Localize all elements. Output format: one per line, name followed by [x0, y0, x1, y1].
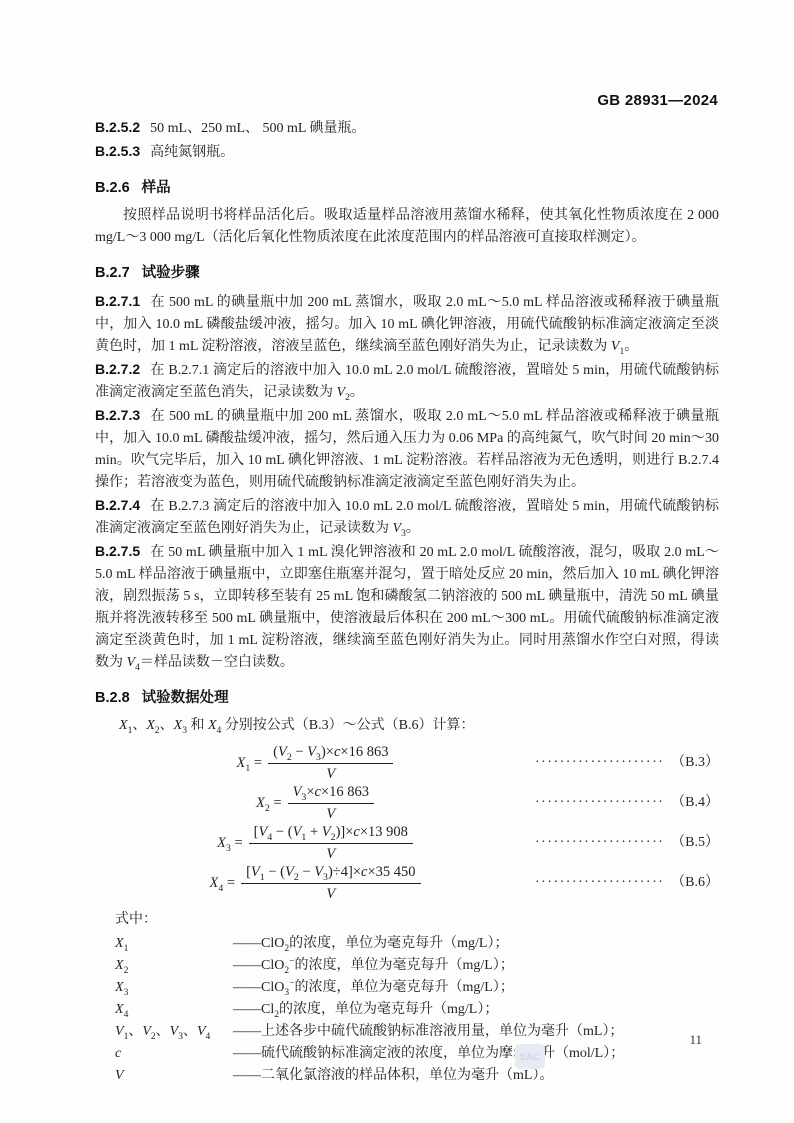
formula-b5-number: （B.5） — [663, 832, 719, 854]
step-b274-label: B.2.7.4 — [95, 497, 140, 513]
section-heading-b26: B.2.6样品 — [95, 177, 719, 199]
definition-v1-v4: V1、V2、V3、V4 ——上述各步中硫代硫酸钠标准溶液用量，单位为毫升（mL）… — [115, 1021, 719, 1043]
page-number: 11 — [689, 1032, 702, 1048]
formula-b6-lhs: X4 = — [209, 872, 235, 894]
formula-b5-fraction: [V4 − (V1 + V2)]×c×13 908V — [249, 823, 413, 864]
definition-x2-desc: ——ClO2−的浓度，单位为毫克每升（mg/L）； — [233, 955, 719, 977]
formula-b4-fraction: V3×c×16 863V — [288, 783, 374, 824]
definition-x3-term: X3 — [115, 977, 233, 999]
clause-b253: B.2.5.3高纯氮钢瓶。 — [95, 140, 719, 164]
sac-watermark-logo: SAC — [515, 1044, 545, 1069]
clause-b252-label: B.2.5.2 — [95, 119, 140, 135]
definition-v1-v4-term: V1、V2、V3、V4 — [115, 1021, 233, 1043]
formula-b3-numerator: (V2 − V3)×c×16 863 — [268, 743, 393, 764]
formula-b5: X3 =[V4 − (V1 + V2)]×c×13 908V ·········… — [95, 823, 719, 863]
definition-v: V ——二氧化氯溶液的样品体积，单位为毫升（mL）。 — [115, 1065, 719, 1087]
formula-b3-dot-leader: ········································… — [535, 752, 663, 774]
formula-b6-numerator: [V1 − (V2 − V3)÷4]×c×35 450 — [241, 863, 420, 884]
step-b272: B.2.7.2在 B.2.7.1 滴定后的溶液中加入 10.0 mL 2.0 m… — [95, 358, 719, 404]
definition-x1-term: X1 — [115, 933, 233, 955]
definition-c-term: c — [115, 1043, 233, 1065]
clause-b253-label: B.2.5.3 — [95, 143, 140, 159]
section-b28-label: B.2.8 — [95, 690, 130, 706]
section-b27-title: 试验步骤 — [142, 265, 200, 281]
document-page: GB 28931—2024 B.2.5.250 mL、250 mL、 500 m… — [0, 0, 794, 1123]
formula-b4-dot-leader: ········································… — [535, 792, 663, 814]
definition-x4: X4 ——Cl2的浓度，单位为毫克每升（mg/L）； — [115, 999, 719, 1021]
definition-x4-desc: ——Cl2的浓度，单位为毫克每升（mg/L）； — [233, 999, 719, 1021]
where-label: 式中： — [95, 909, 719, 931]
step-b275: B.2.7.5在 50 mL 碘量瓶中加入 1 mL 溴化钾溶液和 20 mL … — [95, 540, 719, 674]
formula-b4-denominator: V — [288, 804, 374, 824]
formula-b4-equation: X2 =V3×c×16 863V — [95, 783, 535, 824]
clause-b252-text: 50 mL、250 mL、 500 mL 碘量瓶。 — [150, 121, 365, 136]
formula-b4-numerator: V3×c×16 863 — [288, 783, 374, 804]
formula-b3-lhs: X1 = — [237, 752, 263, 774]
formula-b3-fraction: (V2 − V3)×c×16 863V — [268, 743, 393, 784]
formula-b3-denominator: V — [268, 764, 393, 784]
section-b26-label: B.2.6 — [95, 180, 130, 196]
definition-x3: X3 ——ClO3−的浓度，单位为毫克每升（mg/L）； — [115, 977, 719, 999]
formula-b6-number: （B.6） — [663, 872, 719, 894]
definition-v-desc: ——二氧化氯溶液的样品体积，单位为毫升（mL）。 — [233, 1065, 719, 1087]
step-b271-label: B.2.7.1 — [95, 293, 140, 309]
step-b274: B.2.7.4在 B.2.7.3 滴定后的溶液中加入 10.0 mL 2.0 m… — [95, 494, 719, 540]
section-b26-title: 样品 — [142, 180, 171, 196]
definition-v-term: V — [115, 1065, 233, 1087]
formula-b4: X2 =V3×c×16 863V ·······················… — [95, 783, 719, 823]
page-content: B.2.5.250 mL、250 mL、 500 mL 碘量瓶。 B.2.5.3… — [95, 116, 719, 1087]
section-b26-paragraph: 按照样品说明书将样品活化后。吸取适量样品溶液用蒸馏水稀释，使其氧化性物质浓度在 … — [95, 205, 719, 249]
step-b275-label: B.2.7.5 — [95, 543, 140, 559]
section-b28-title: 试验数据处理 — [142, 690, 229, 706]
clause-b253-text: 高纯氮钢瓶。 — [150, 145, 234, 160]
formula-b6-dot-leader: ········································… — [535, 872, 663, 894]
step-b271-text: 在 500 mL 的碘量瓶中加 200 mL 蒸馏水，吸取 2.0 mL～5.0… — [95, 295, 719, 354]
definition-v1-v4-desc: ——上述各步中硫代硫酸钠标准溶液用量，单位为毫升（mL）； — [233, 1021, 719, 1043]
formula-b5-denominator: V — [249, 844, 413, 864]
formula-b6-denominator: V — [241, 884, 420, 904]
definition-c: c ——硫代硫酸钠标准滴定液的浓度，单位为摩尔每升（mol/L）； — [115, 1043, 719, 1065]
formula-b5-numerator: [V4 − (V1 + V2)]×c×13 908 — [249, 823, 413, 844]
symbol-definition-list: X1 ——ClO2的浓度，单位为毫克每升（mg/L）； X2 ——ClO2−的浓… — [95, 933, 719, 1087]
step-b273: B.2.7.3在 500 mL 的碘量瓶中加 200 mL 蒸馏水，吸取 2.0… — [95, 404, 719, 494]
formula-intro: X1、X2、X3 和 X4 分别按公式（B.3）～公式（B.6）计算： — [95, 715, 719, 737]
section-b27-label: B.2.7 — [95, 265, 130, 281]
formula-b5-dot-leader: ········································… — [535, 832, 663, 854]
formula-b6-equation: X4 =[V1 − (V2 − V3)÷4]×c×35 450V — [95, 863, 535, 904]
definition-c-desc: ——硫代硫酸钠标准滴定液的浓度，单位为摩尔每升（mol/L）； — [233, 1043, 719, 1065]
step-b272-label: B.2.7.2 — [95, 361, 140, 377]
formula-b3-number: （B.3） — [663, 752, 719, 774]
step-b272-text: 在 B.2.7.1 滴定后的溶液中加入 10.0 mL 2.0 mol/L 硫酸… — [95, 363, 719, 400]
formula-b6-fraction: [V1 − (V2 − V3)÷4]×c×35 450V — [241, 863, 420, 904]
step-b271: B.2.7.1在 500 mL 的碘量瓶中加 200 mL 蒸馏水，吸取 2.0… — [95, 290, 719, 358]
step-b275-text: 在 50 mL 碘量瓶中加入 1 mL 溴化钾溶液和 20 mL 2.0 mol… — [95, 545, 719, 670]
definition-x2-term: X2 — [115, 955, 233, 977]
step-b273-text: 在 500 mL 的碘量瓶中加 200 mL 蒸馏水，吸取 2.0 mL～5.0… — [95, 409, 719, 490]
definition-x3-desc: ——ClO3−的浓度，单位为毫克每升（mg/L）； — [233, 977, 719, 999]
clause-b252: B.2.5.250 mL、250 mL、 500 mL 碘量瓶。 — [95, 116, 719, 140]
formula-b3: X1 =(V2 − V3)×c×16 863V ················… — [95, 743, 719, 783]
standard-number: GB 28931—2024 — [597, 92, 718, 109]
section-heading-b27: B.2.7试验步骤 — [95, 262, 719, 284]
formula-b3-equation: X1 =(V2 − V3)×c×16 863V — [95, 743, 535, 784]
section-heading-b28: B.2.8试验数据处理 — [95, 687, 719, 709]
formula-b5-lhs: X3 = — [217, 832, 243, 854]
step-b274-text: 在 B.2.7.3 滴定后的溶液中加入 10.0 mL 2.0 mol/L 硫酸… — [95, 499, 719, 536]
step-b273-label: B.2.7.3 — [95, 407, 140, 423]
formula-b4-number: （B.4） — [663, 792, 719, 814]
definition-x4-term: X4 — [115, 999, 233, 1021]
definition-x1-desc: ——ClO2的浓度，单位为毫克每升（mg/L）； — [233, 933, 719, 955]
formula-b4-lhs: X2 = — [256, 792, 282, 814]
formula-b5-equation: X3 =[V4 − (V1 + V2)]×c×13 908V — [95, 823, 535, 864]
formula-b6: X4 =[V1 − (V2 − V3)÷4]×c×35 450V ·······… — [95, 863, 719, 903]
definition-x1: X1 ——ClO2的浓度，单位为毫克每升（mg/L）； — [115, 933, 719, 955]
definition-x2: X2 ——ClO2−的浓度，单位为毫克每升（mg/L）； — [115, 955, 719, 977]
